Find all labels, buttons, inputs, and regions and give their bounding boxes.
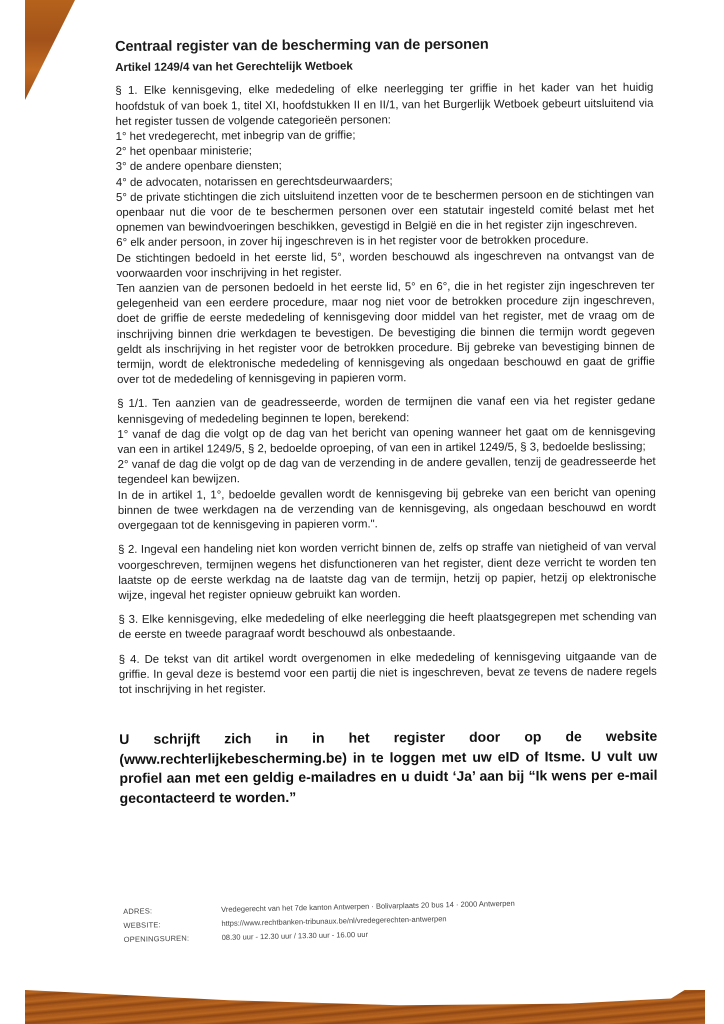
footer-hours-label: OPENINGSUREN: — [124, 931, 222, 947]
section-1-1-item: 2° vanaf de dag die volgt op de dag van … — [118, 455, 656, 489]
section-4: § 4. De tekst van dit artikel wordt over… — [119, 649, 657, 698]
table-surface-bottom — [25, 990, 705, 1024]
section-3: § 3. Elke kennisgeving, elke mededeling … — [119, 610, 657, 644]
section-1: § 1. Elke kennisgeving, elke mededeling … — [115, 81, 655, 388]
document-title: Centraal register van de bescherming van… — [115, 37, 653, 55]
section-1-intro: § 1. Elke kennisgeving, elke mededeling … — [115, 81, 653, 130]
document-body: Centraal register van de bescherming van… — [115, 37, 658, 808]
section-4-text: § 4. De tekst van dit artikel wordt over… — [119, 649, 657, 698]
section-1-1-item: 1° vanaf de dag die volgt op de dag van … — [117, 425, 655, 459]
section-1-paragraph: De stichtingen bedoeld in het eerste lid… — [116, 248, 654, 282]
section-1-item: 5° de private stichtingen die zich uitsl… — [116, 188, 654, 237]
document-subtitle: Artikel 1249/4 van het Gerechtelijk Wetb… — [115, 58, 653, 76]
section-1-1-intro: § 1/1. Ten aanzien van de geadresseerde,… — [117, 394, 655, 428]
section-1-1-paragraph: In de in artikel 1, 1°, bedoelde gevalle… — [118, 485, 656, 534]
section-2: § 2. Ingeval een handeling niet kon word… — [118, 540, 656, 604]
section-2-text: § 2. Ingeval een handeling niet kon word… — [118, 540, 656, 604]
registration-notice: U schrijft zich in in het register door … — [119, 727, 657, 808]
section-1-1: § 1/1. Ten aanzien van de geadresseerde,… — [117, 394, 656, 534]
section-1-paragraph: Ten aanzien van de personen bedoeld in h… — [116, 279, 655, 389]
section-3-text: § 3. Elke kennisgeving, elke mededeling … — [119, 610, 657, 644]
